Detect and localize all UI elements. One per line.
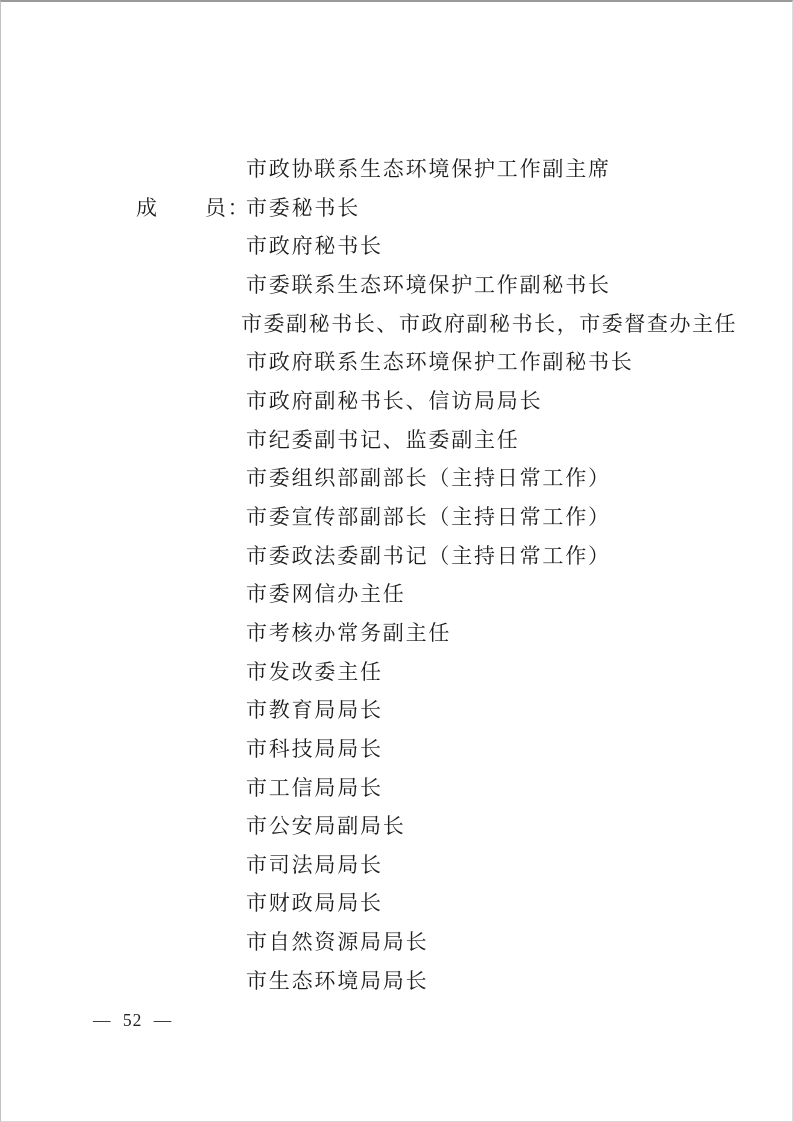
member-text: 市司法局局长 [246,853,383,877]
member-text: 市公安局副局长 [246,814,406,838]
member-line: 市委政法委副书记（主持日常工作） [1,537,792,576]
member-text: 市发改委主任 [246,660,383,684]
member-label: 成员： [136,189,250,228]
member-line: 市发改委主任 [1,653,792,692]
member-text: 市工信局局长 [246,776,383,800]
member-line: 市公安局副局长 [1,807,792,846]
document-page: 市政协联系生态环境保护工作副主席 成员： 市委秘书长 市政府秘书长 市委联系生态… [0,0,793,1122]
member-line: 市生态环境局局长 [1,962,792,1001]
member-text: 市生态环境局局长 [246,969,428,993]
member-text: 市委联系生态环境保护工作副秘书长 [246,273,611,297]
member-line: 市政府副秘书长、信访局局长 [1,382,792,421]
member-text: 市委网信办主任 [246,582,406,606]
member-line: 市纪委副书记、监委副主任 [1,421,792,460]
member-text: 市考核办常务副主任 [246,621,451,645]
member-text: 市委宣传部副部长（主持日常工作） [246,505,611,529]
member-text: 市委秘书长 [246,196,360,220]
member-line: 市委副秘书长、市政府副秘书长，市委督查办主任 [1,305,792,344]
member-text: 市政府联系生态环境保护工作副秘书长 [246,350,634,374]
member-text: 市政府副秘书长、信访局局长 [246,389,542,413]
member-text: 市财政局局长 [246,891,383,915]
member-text: 市政府秘书长 [246,234,383,258]
member-label-rest: 员： [205,196,251,220]
member-line: 市科技局局长 [1,730,792,769]
member-line: 市委网信办主任 [1,575,792,614]
member-line: 市政府联系生态环境保护工作副秘书长 [1,343,792,382]
member-first-line: 成员： 市委秘书长 [1,189,792,228]
member-text: 市教育局局长 [246,698,383,722]
member-text: 市委组织部副部长（主持日常工作） [246,466,611,490]
member-text: 市自然资源局局长 [246,930,428,954]
member-line: 市委联系生态环境保护工作副秘书长 [1,266,792,305]
member-text: 市纪委副书记、监委副主任 [246,428,520,452]
member-list: 市政协联系生态环境保护工作副主席 成员： 市委秘书长 市政府秘书长 市委联系生态… [1,150,792,1000]
page-number: — 52 — [93,1010,172,1031]
member-line: 市财政局局长 [1,884,792,923]
continuation-line: 市政协联系生态环境保护工作副主席 [1,150,792,189]
member-line: 市考核办常务副主任 [1,614,792,653]
member-line: 市教育局局长 [1,691,792,730]
member-line: 市委组织部副部长（主持日常工作） [1,459,792,498]
member-label-first: 成 [136,196,159,220]
member-line: 市司法局局长 [1,846,792,885]
member-line: 市委宣传部副部长（主持日常工作） [1,498,792,537]
member-line: 市政府秘书长 [1,227,792,266]
member-text: 市委副秘书长、市政府副秘书长，市委督查办主任 [241,312,737,336]
member-text: 市科技局局长 [246,737,383,761]
member-text: 市委政法委副书记（主持日常工作） [246,544,611,568]
continuation-text: 市政协联系生态环境保护工作副主席 [246,157,611,181]
member-line: 市工信局局长 [1,769,792,808]
member-line: 市自然资源局局长 [1,923,792,962]
